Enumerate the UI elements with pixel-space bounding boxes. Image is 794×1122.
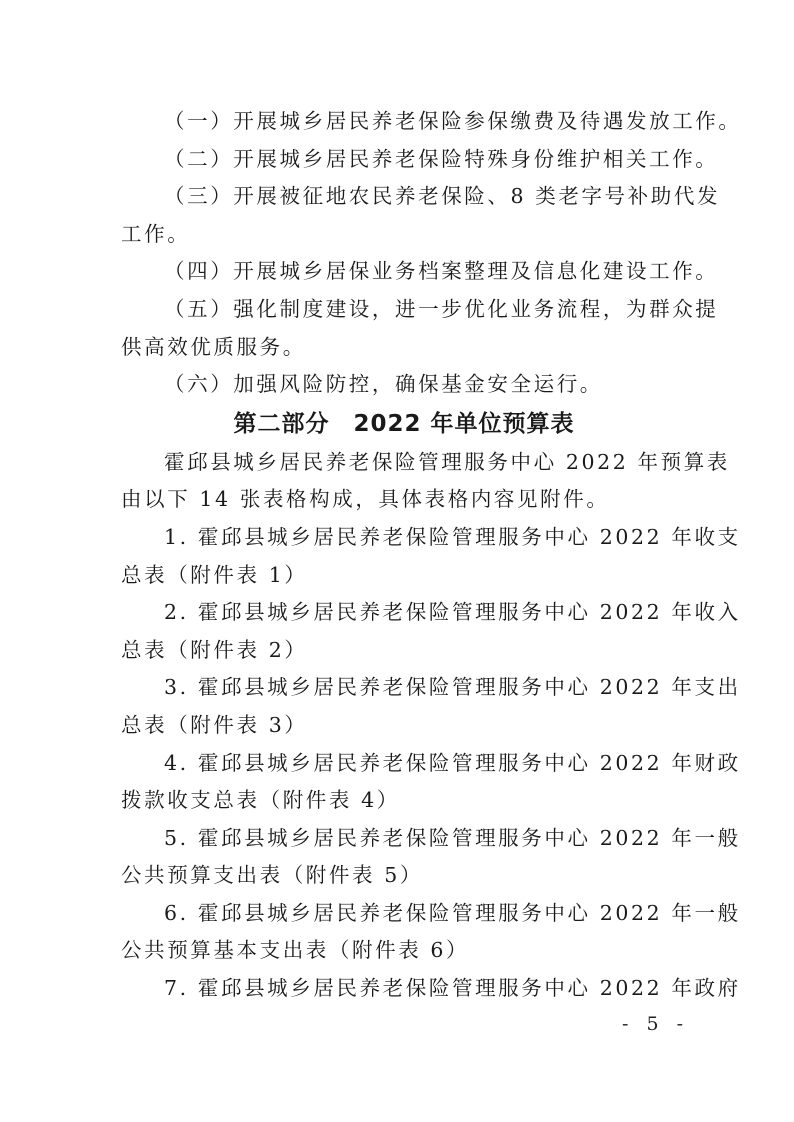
table-list-item-1: 1. 霍邱县城乡居民养老保险管理服务中心 2022 年收支 (121, 519, 677, 557)
work-item-4: （四）开展城乡居保业务档案整理及信息化建设工作。 (121, 253, 677, 291)
table-list-item-4: 4. 霍邱县城乡居民养老保险管理服务中心 2022 年财政 (121, 745, 677, 783)
work-item-2: （二）开展城乡居民养老保险特殊身份维护相关工作。 (121, 141, 677, 179)
work-item-6: （六）加强风险防控，确保基金安全运行。 (121, 366, 677, 404)
page-number: - 5 - (622, 1013, 689, 1035)
document-page: （一）开展城乡居民养老保险参保缴费及待遇发放工作。 （二）开展城乡居民养老保险特… (0, 0, 794, 1122)
table-list-item-1-cont: 总表（附件表 1） (121, 557, 677, 595)
table-list-item-4-cont: 拨款收支总表（附件表 4） (121, 782, 677, 820)
work-item-3: （三）开展被征地农民养老保险、8 类老字号补助代发 (121, 178, 677, 216)
work-item-5: （五）强化制度建设，进一步优化业务流程，为群众提 (121, 291, 677, 329)
table-list-item-2-cont: 总表（附件表 2） (121, 632, 677, 670)
section-heading: 第二部分 2022 年单位预算表 (121, 404, 677, 444)
table-list-item-5: 5. 霍邱县城乡居民养老保险管理服务中心 2022 年一般 (121, 820, 677, 858)
work-item-1: （一）开展城乡居民养老保险参保缴费及待遇发放工作。 (121, 103, 677, 141)
table-list-item-7: 7. 霍邱县城乡居民养老保险管理服务中心 2022 年政府 (121, 970, 677, 1008)
table-list-item-6: 6. 霍邱县城乡居民养老保险管理服务中心 2022 年一般 (121, 895, 677, 933)
intro-paragraph-line-1: 霍邱县城乡居民养老保险管理服务中心 2022 年预算表 (121, 444, 677, 482)
table-list-item-3-cont: 总表（附件表 3） (121, 707, 677, 745)
intro-paragraph-line-2: 由以下 14 张表格构成，具体表格内容见附件。 (121, 481, 677, 519)
page-body: （一）开展城乡居民养老保险参保缴费及待遇发放工作。 （二）开展城乡居民养老保险特… (121, 103, 677, 1008)
table-list-item-6-cont: 公共预算基本支出表（附件表 6） (121, 932, 677, 970)
table-list-item-5-cont: 公共预算支出表（附件表 5） (121, 857, 677, 895)
table-list-item-3: 3. 霍邱县城乡居民养老保险管理服务中心 2022 年支出 (121, 669, 677, 707)
table-list-item-2: 2. 霍邱县城乡居民养老保险管理服务中心 2022 年收入 (121, 594, 677, 632)
work-item-5-cont: 供高效优质服务。 (121, 329, 677, 367)
work-item-3-cont: 工作。 (121, 216, 677, 254)
